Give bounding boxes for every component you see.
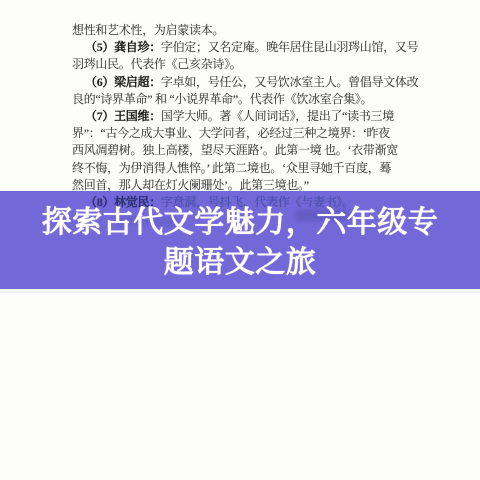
document-text-segment: （7）王国维： [85,109,161,123]
document-text-segment: 字卓如，号任公，又号饮冰室主人。曾倡导文体改 [161,75,418,89]
document-line: 西风凋碧树。独上高楼，望尽天涯路’。此第一境 也。‘衣带渐宽 [72,142,438,159]
document-line: 终不悔，为伊消得人憔悴。’ 此第二境也。‘众里寻她千百度，蓦 [72,160,438,177]
document-text-block: 想性和艺术性，为启蒙读本。（5）龚自珍：字伯定；又名定庵。晚年居住昆山羽琌山馆，… [72,22,438,194]
title-banner: （8）林觉民：字意洞，号抖飞，代表作《与妻书》。 探索古代文学魅力，六年级专 题… [0,191,480,289]
document-text-segment: 想性和艺术性，为启蒙读本。 [72,23,224,37]
document-text-segment: （6）梁启超： [85,75,161,89]
page: 想性和艺术性，为启蒙读本。（5）龚自珍：字伯定；又名定庵。晚年居住昆山羽琌山馆，… [0,0,480,480]
divider-hairline [0,292,480,293]
document-line: 想性和艺术性，为启蒙读本。 [72,22,438,39]
document-text-segment: 终不悔，为伊消得人憔悴。’ 此第二境也。‘众里寻她千百度，蓦 [72,161,391,175]
document-text-segment: （5）龚自珍： [85,40,161,54]
document-line: 界”：“古今之成大事业、大学问者，必经过三种之境界：‘昨夜 [72,125,438,142]
document-line: 羽琌山民。代表作《己亥杂诗》。 [72,56,438,73]
document-line: （6）梁启超：字卓如，号任公，又号饮冰室主人。曾倡导文体改 [72,74,438,91]
document-text-segment: 西风凋碧树。独上高楼，望尽天涯路’。此第一境 也。‘衣带渐宽 [72,143,398,157]
banner-headline-line-1: 探索古代文学魅力，六年级专 [0,203,480,243]
document-line: （7）王国维：国学大师。著《人间词话》，提出了“读书三境 [72,108,438,125]
document-line: 良的“诗界革命” 和 “小说界革命”。代表作《饮冰室合集》。 [72,91,438,108]
document-text-segment: 界”：“古今之成大事业、大学问者，必经过三种之境界：‘昨夜 [72,126,390,140]
document-text-segment: 国学大师。著《人间词话》，提出了“读书三境 [161,109,394,123]
document-text-segment: 然回首，那人却在灯火阑珊处’。此第三境也。” [72,178,309,192]
document-line: （5）龚自珍：字伯定；又名定庵。晚年居住昆山羽琌山馆，又号 [72,39,438,56]
document-text-segment: 字伯定；又名定庵。晚年居住昆山羽琌山馆，又号 [161,40,418,54]
document-text-segment: 羽琌山民。代表作《己亥杂诗》。 [72,57,242,71]
document-text-segment: 良的“诗界革命” 和 “小说界革命”。代表作《饮冰室合集》。 [72,92,372,106]
banner-headline-line-2: 题语文之旅 [0,243,480,283]
banner-headline: 探索古代文学魅力，六年级专 题语文之旅 [0,203,480,283]
